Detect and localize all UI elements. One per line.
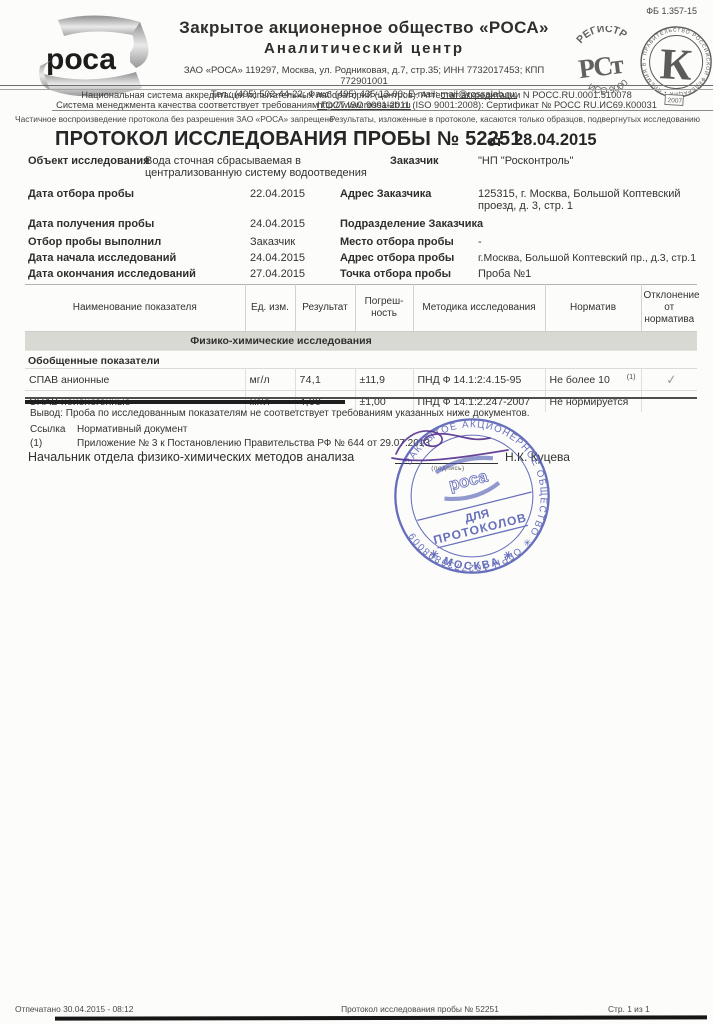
col-header-norm: Норматив	[545, 285, 641, 332]
group-title: Обобщенные показатели	[25, 351, 697, 369]
protocol-document: ФБ 1.357-15 роса Закрытое акционерное об…	[0, 0, 713, 1024]
signatory-position: Начальник отдела физико-химических метод…	[28, 450, 354, 464]
notice-left: Частичное воспроизведение протокола без …	[15, 114, 334, 124]
info-label-receive-date: Дата получения пробы	[28, 218, 154, 230]
cell-result: 74,1	[295, 369, 355, 391]
table-group-row: Обобщенные показатели	[25, 351, 697, 369]
accreditation-line-1: Национальная система аккредитации испыта…	[0, 90, 713, 100]
info-label-sampling-date: Дата отбора пробы	[28, 188, 134, 200]
form-code: ФБ 1.357-15	[646, 6, 697, 16]
reference-doc-label: Нормативный документ	[77, 424, 187, 435]
info-label-end-date: Дата окончания исследований	[28, 268, 196, 280]
info-label-customer-address: Адрес Заказчика	[340, 188, 431, 200]
rst-certification-seal: РЕГИСТР РСт ИСО 9000	[563, 26, 647, 94]
cell-norm: Не более 10 (1)	[545, 369, 641, 391]
norm-text: Не более 10	[550, 374, 610, 386]
accreditation-line-2: Система менеджмента качества соответству…	[0, 100, 713, 110]
reference-number: (1)	[30, 438, 42, 449]
document-date: 28.04.2015	[514, 131, 597, 150]
rst-top-text: РЕГИСТР	[573, 26, 630, 47]
info-label-customer-division: Подразделение Заказчика	[340, 218, 483, 230]
stamp-bottom-text: ✳ МОСКВА ✳	[427, 548, 518, 573]
table-row: СПАВ анионные мг/л 74,1 ±11,9 ПНД Ф 14.1…	[25, 369, 697, 391]
footer-printed: Отпечатано 30.04.2015 - 08:12	[15, 1004, 133, 1014]
cell-unit: мг/л	[245, 369, 295, 391]
table-section-row: Физико-химические исследования	[25, 332, 697, 351]
col-header-method: Методика исследования	[413, 285, 545, 332]
info-label-sampling-point: Точка отбора пробы	[340, 268, 451, 280]
cell-error: ±11,9	[355, 369, 413, 391]
notice-right: Результаты, изложенные в протоколе, каса…	[330, 114, 700, 124]
info-value-object: Вода сточная сбрасываемая в централизова…	[145, 155, 397, 179]
cell-deviation: ✓	[641, 369, 697, 391]
reference-col-label: Ссылка	[30, 424, 65, 435]
info-label-sampling-place: Место отбора пробы	[340, 236, 454, 248]
info-label-sampling-address: Адрес отбора пробы	[340, 252, 454, 264]
reference-text: Приложение № 3 к Постановлению Правитель…	[77, 438, 430, 449]
info-label-sampled-by: Отбор пробы выполнил	[28, 236, 161, 248]
cell-parameter: СПАВ анионные	[25, 369, 245, 391]
company-address: ЗАО «РОСА» 119297, Москва, ул. Родникова…	[163, 65, 565, 87]
info-value-sampling-address: г.Москва, Большой Коптевский пр., д.3, с…	[478, 252, 696, 264]
footer-page-number: Стр. 1 из 1	[608, 1004, 650, 1014]
table-bottom-border	[25, 397, 697, 399]
info-value-sampling-date: 22.04.2015	[250, 188, 305, 200]
col-header-deviation: Отклонение от норматива	[641, 285, 697, 332]
table-header-row: Наименование показателя Ед. изм. Результ…	[25, 285, 697, 332]
cell-norm: Не нормируется	[545, 391, 641, 413]
col-header-parameter: Наименование показателя	[25, 285, 245, 332]
col-header-error: Погреш-ность	[355, 285, 413, 332]
svg-text:РЕГИСТР: РЕГИСТР	[573, 26, 630, 47]
company-name: Закрытое акционерное общество «РОСА»	[163, 18, 565, 38]
info-value-receive-date: 24.04.2015	[250, 218, 305, 230]
info-value-sampled-by: Заказчик	[250, 236, 295, 248]
rst-monogram: РСт	[577, 49, 625, 84]
info-label-object: Объект исследования	[28, 155, 150, 167]
logo-text: роса	[46, 43, 116, 76]
table-bottom-border-thick	[25, 400, 345, 404]
info-value-end-date: 27.04.2015	[250, 268, 305, 280]
info-value-customer: "НП "Росконтроль"	[478, 155, 706, 167]
cell-deviation	[641, 391, 697, 413]
handwritten-signature	[390, 424, 515, 468]
info-value-sampling-place: -	[478, 236, 482, 248]
accreditation-divider	[52, 110, 713, 111]
info-value-start-date: 24.04.2015	[250, 252, 305, 264]
document-date-label: от	[487, 134, 503, 150]
center-name: Аналитический центр	[163, 40, 565, 57]
section-title: Физико-химические исследования	[25, 332, 697, 351]
norm-footnote-ref: (1)	[627, 372, 636, 381]
col-header-unit: Ед. изм.	[245, 285, 295, 332]
results-table: Наименование показателя Ед. изм. Результ…	[25, 284, 697, 412]
cell-method: ПНД Ф 14.1:2:4.15-95	[413, 369, 545, 391]
document-title: ПРОТОКОЛ ИССЛЕДОВАНИЯ ПРОБЫ № 52251	[55, 128, 522, 151]
svg-text:✳ МОСКВА ✳: ✳ МОСКВА ✳	[427, 548, 518, 573]
quality-letter: К	[659, 39, 694, 90]
info-label-customer: Заказчик	[390, 155, 438, 167]
footer-doc-title: Протокол исследования пробы № 52251	[330, 1004, 510, 1014]
info-label-start-date: Дата начала исследований	[28, 252, 176, 264]
col-header-result: Результат	[295, 285, 355, 332]
info-value-sampling-point: Проба №1	[478, 268, 531, 280]
scan-artifact-line	[55, 1015, 707, 1020]
deviation-check-icon: ✓	[665, 371, 678, 388]
info-value-customer-address: 125315, г. Москва, Большой Коптевский пр…	[478, 188, 700, 212]
